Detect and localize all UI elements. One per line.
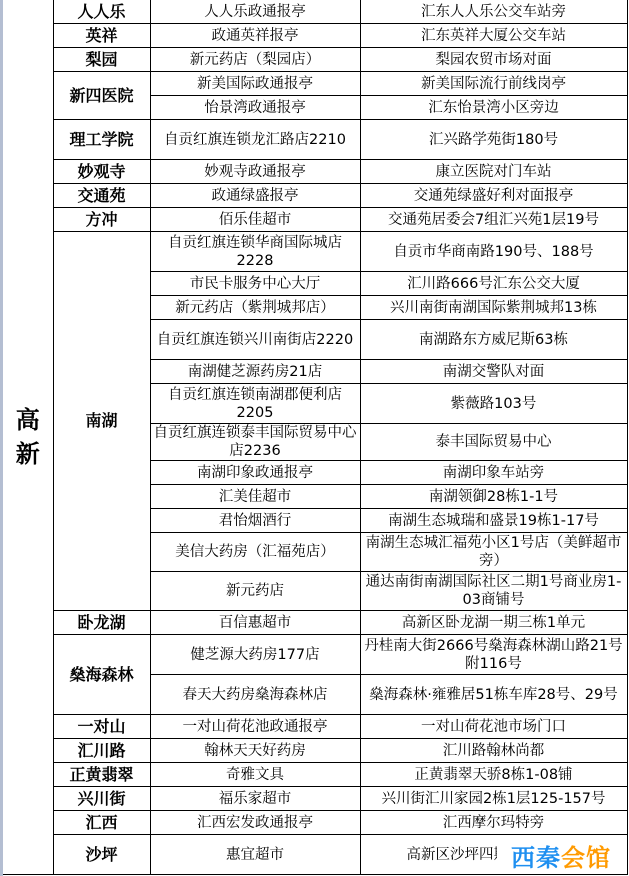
outlet-address-cell: 南湖交警队对面: [360, 360, 627, 384]
outlet-address-cell: 一对山荷花池市场门口: [360, 715, 627, 739]
area-cell: 妙观寺: [53, 160, 150, 184]
table-row: 高新人人乐人人乐政通报亭汇东人人乐公交车站旁: [3, 0, 627, 24]
area-cell: 英祥: [53, 24, 150, 48]
outlet-address-cell: 正黄翡翠天骄8栋1-08铺: [360, 763, 627, 787]
outlet-name-cell: 春天大药房燊海森林店: [150, 675, 360, 715]
area-cell: 汇川路: [53, 739, 150, 763]
outlet-name-cell: 南湖健芝源药房21店: [150, 360, 360, 384]
outlet-address-cell: 泰丰国际贸易中心: [360, 424, 627, 461]
area-cell: 一对山: [53, 715, 150, 739]
outlet-name-cell: 奇雅文具: [150, 763, 360, 787]
outlet-address-cell: 交通苑绿盛好利对面报亭: [360, 184, 627, 208]
area-cell: 兴川街: [53, 787, 150, 811]
outlet-address-cell: 南湖生态城汇福苑小区1号店（美鲜超市旁）: [360, 533, 627, 572]
outlet-name-cell: 百信惠超市: [150, 611, 360, 635]
watermark-text-1: 西秦: [511, 838, 561, 873]
outlet-address-cell: 紫薇路103号: [360, 384, 627, 424]
outlet-name-cell: 佰乐佳超市: [150, 208, 360, 232]
table-row: 南湖自贡红旗连锁华商国际城店2228自贡市华商南路190号、188号: [3, 232, 627, 272]
table-row: 理工学院自贡红旗连锁龙汇路店2210汇兴路学苑街180号: [3, 120, 627, 160]
outlet-name-cell: 健芝源大药房177店: [150, 635, 360, 675]
outlet-name-cell: 南湖印象政通报亭: [150, 461, 360, 485]
outlet-name-cell: 自贡红旗连锁泰丰国际贸易中心店2236: [150, 424, 360, 461]
outlet-address-cell: 梨园农贸市场对面: [360, 48, 627, 72]
outlet-name-cell: 怡景湾政通报亭: [150, 96, 360, 120]
outlet-address-cell: 康立医院对门车站: [360, 160, 627, 184]
area-cell: 正黄翡翠: [53, 763, 150, 787]
table-row: 英祥政通英祥报亭汇东英祥大厦公交车站: [3, 24, 627, 48]
watermark-logo: 西秦会馆: [497, 840, 625, 870]
outlet-name-cell: 美信大药房（汇福苑店）: [150, 533, 360, 572]
outlet-name-cell: 自贡红旗连锁华商国际城店2228: [150, 232, 360, 272]
table-row: 汇川路翰林天天好药房汇川路翰林尚都: [3, 739, 627, 763]
outlet-name-cell: 妙观寺政通报亭: [150, 160, 360, 184]
table-row: 正黄翡翠奇雅文具正黄翡翠天骄8栋1-08铺: [3, 763, 627, 787]
outlet-name-cell: 汇西宏发政通报亭: [150, 811, 360, 835]
table-row: 交通苑政通绿盛报亭交通苑绿盛好利对面报亭: [3, 184, 627, 208]
outlet-name-cell: 一对山荷花池政通报亭: [150, 715, 360, 739]
outlet-name-cell: 市民卡服务中心大厅: [150, 272, 360, 296]
area-cell: 汇西: [53, 811, 150, 835]
outlet-address-cell: 南湖领御28栋1-1号: [360, 485, 627, 509]
outlet-address-cell: 汇川路666号汇东公交大厦: [360, 272, 627, 296]
outlet-address-cell: 高新区卧龙湖一期三栋1单元: [360, 611, 627, 635]
outlet-address-cell: 汇兴路学苑街180号: [360, 120, 627, 160]
table-row: 兴川街福乐家超市兴川街汇川家园2栋1层125-157号: [3, 787, 627, 811]
outlet-name-cell: 自贡红旗连锁兴川南街店2220: [150, 320, 360, 360]
table-row: 梨园新元药店（梨园店）梨园农贸市场对面: [3, 48, 627, 72]
area-cell: 新四医院: [53, 72, 150, 120]
area-cell: 人人乐: [53, 0, 150, 24]
outlet-name-cell: 政通绿盛报亭: [150, 184, 360, 208]
outlet-name-cell: 新元药店: [150, 572, 360, 611]
outlet-name-cell: 政通英祥报亭: [150, 24, 360, 48]
outlet-address-cell: 丹桂南大街2666号燊海森林湖山路21号附116号: [360, 635, 627, 675]
table-row: 妙观寺妙观寺政通报亭康立医院对门车站: [3, 160, 627, 184]
outlet-address-cell: 汇东怡景湾小区旁边: [360, 96, 627, 120]
outlet-address-cell: 兴川街汇川家园2栋1层125-157号: [360, 787, 627, 811]
area-cell: 燊海森林: [53, 635, 150, 715]
outlet-name-cell: 自贡红旗连锁龙汇路店2210: [150, 120, 360, 160]
area-cell: 南湖: [53, 232, 150, 611]
outlet-name-cell: 新元药店（紫荆城邦店）: [150, 296, 360, 320]
outlet-address-cell: 汇东人人乐公交车站旁: [360, 0, 627, 24]
table-row: 方冲佰乐佳超市交通苑居委会7组汇兴苑1层19号: [3, 208, 627, 232]
area-cell: 方冲: [53, 208, 150, 232]
table-row: 汇西汇西宏发政通报亭汇西摩尔玛特旁: [3, 811, 627, 835]
watermark-text-2: 会馆: [561, 838, 611, 873]
outlet-address-cell: 南湖生态城瑞和盛景19栋1-17号: [360, 509, 627, 533]
outlet-address-cell: 燊海森林·雍雅居51栋车库28号、29号: [360, 675, 627, 715]
area-cell: 交通苑: [53, 184, 150, 208]
district-label: 高新: [15, 403, 41, 471]
outlet-name-cell: 翰林天天好药房: [150, 739, 360, 763]
outlet-address-cell: 汇西摩尔玛特旁: [360, 811, 627, 835]
outlet-address-cell: 南湖路东方威尼斯63栋: [360, 320, 627, 360]
outlet-name-cell: 新元药店（梨园店）: [150, 48, 360, 72]
outlet-name-cell: 人人乐政通报亭: [150, 0, 360, 24]
area-cell: 理工学院: [53, 120, 150, 160]
table-row: 燊海森林健芝源大药房177店丹桂南大街2666号燊海森林湖山路21号附116号: [3, 635, 627, 675]
outlet-name-cell: 福乐家超市: [150, 787, 360, 811]
outlet-address-cell: 通达南街南湖国际社区二期1号商业房1-03商铺号: [360, 572, 627, 611]
outlet-table: 高新人人乐人人乐政通报亭汇东人人乐公交车站旁英祥政通英祥报亭汇东英祥大厦公交车站…: [3, 0, 628, 875]
district-cell: 高新: [3, 0, 53, 875]
outlet-address-cell: 南湖印象车站旁: [360, 461, 627, 485]
outlet-address-cell: 新美国际流行前线岗亭: [360, 72, 627, 96]
outlet-address-cell: 交通苑居委会7组汇兴苑1层19号: [360, 208, 627, 232]
area-cell: 卧龙湖: [53, 611, 150, 635]
outlet-address-cell: 汇东英祥大厦公交车站: [360, 24, 627, 48]
outlet-name-cell: 新美国际政通报亭: [150, 72, 360, 96]
outlet-address-cell: 兴川南街南湖国际紫荆城邦13栋: [360, 296, 627, 320]
outlet-name-cell: 君怡烟酒行: [150, 509, 360, 533]
outlet-name-cell: 惠宜超市: [150, 835, 360, 875]
outlet-address-cell: 汇川路翰林尚都: [360, 739, 627, 763]
table-row: 新四医院新美国际政通报亭新美国际流行前线岗亭: [3, 72, 627, 96]
outlet-address-cell: 自贡市华商南路190号、188号: [360, 232, 627, 272]
area-cell: 沙坪: [53, 835, 150, 875]
table-row: 一对山一对山荷花池政通报亭一对山荷花池市场门口: [3, 715, 627, 739]
outlet-name-cell: 汇美佳超市: [150, 485, 360, 509]
outlet-name-cell: 自贡红旗连锁南湖郡便利店2205: [150, 384, 360, 424]
table-row: 卧龙湖百信惠超市高新区卧龙湖一期三栋1单元: [3, 611, 627, 635]
area-cell: 梨园: [53, 48, 150, 72]
